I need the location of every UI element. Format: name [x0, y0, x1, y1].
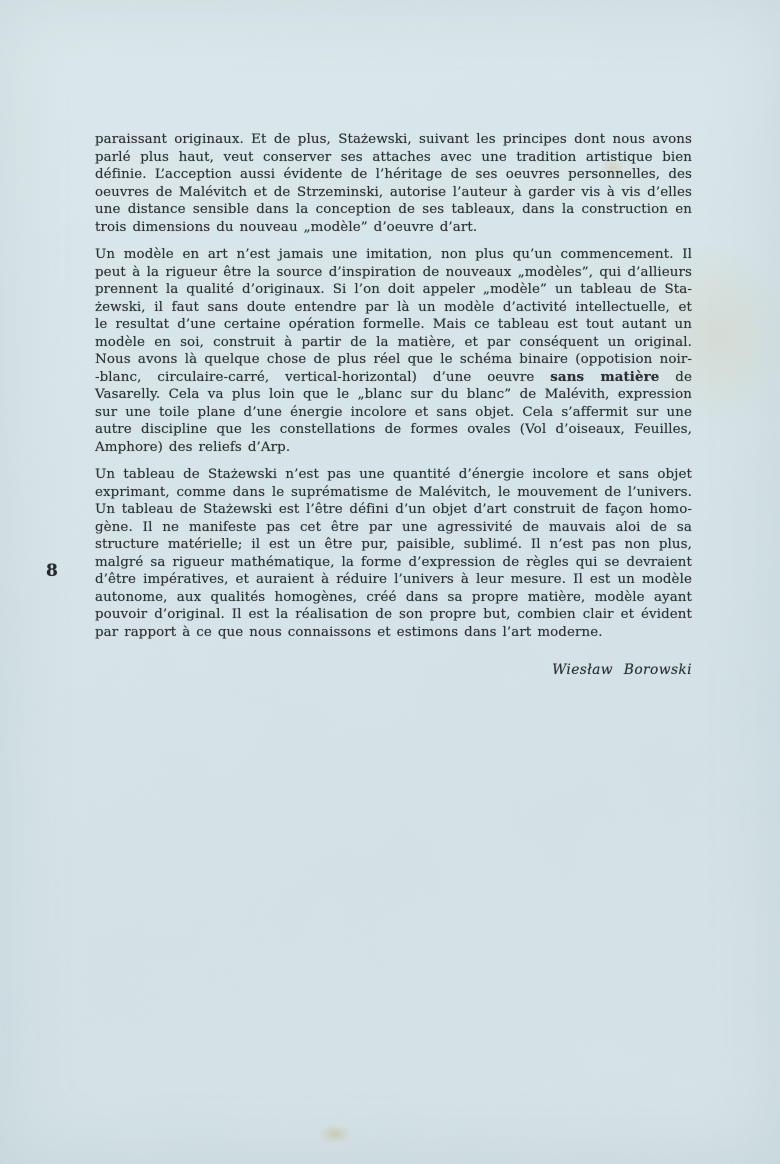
text-line: une distance sensible dans la conception… — [95, 201, 692, 219]
page-number: 8 — [46, 561, 58, 581]
text-line: żewski, il faut sans doute entendre par … — [95, 299, 692, 317]
text-line: définie. L’acception aussi évidente de l… — [95, 166, 692, 184]
text-line: Vasarelly. Cela va plus loin que le „bla… — [95, 386, 692, 404]
text-block: paraissant originaux. Et de plus, Stażew… — [95, 131, 692, 680]
text-line: exprimant, comme dans le suprématisme de… — [95, 484, 692, 502]
text-line: autonome, aux qualités homogènes, créé d… — [95, 589, 692, 607]
text-line: par rapport à ce que nous connaissons et… — [95, 624, 692, 642]
bold-text: sans matière — [550, 369, 659, 385]
text-line: gène. Il ne manifeste pas cet être par u… — [95, 519, 692, 537]
text-line: parlé plus haut, veut conserver ses atta… — [95, 149, 692, 167]
text-line: paraissant originaux. Et de plus, Stażew… — [95, 131, 692, 149]
text-line: peut à la rigueur être la source d’inspi… — [95, 264, 692, 282]
author-signature: Wiesław Borowski — [95, 662, 692, 680]
text-line: malgré sa rigueur mathématique, la forme… — [95, 554, 692, 572]
document-page: 8 paraissant originaux. Et de plus, Staż… — [0, 0, 780, 1164]
text-line: le resultat d’une certaine opération for… — [95, 316, 692, 334]
text-line: Un tableau de Stażewski est l’être défin… — [95, 501, 692, 519]
text-line: oeuvres de Malévitch et de Strzeminski, … — [95, 184, 692, 202]
text-line: structure matérielle; il est un être pur… — [95, 536, 692, 554]
text-line: prennent la qualité d’originaux. Si l’on… — [95, 281, 692, 299]
text-line: d’être impératives, et auraient à réduir… — [95, 571, 692, 589]
text-line: -blanc, circulaire-carré, vertical-horiz… — [95, 369, 692, 387]
text-line: autre discipline que les constellations … — [95, 421, 692, 439]
paper-stain — [318, 1124, 352, 1144]
paragraph: Un modèle en art n’est jamais une imitat… — [95, 246, 692, 456]
text-line: trois dimensions du nouveau „modèle” d’o… — [95, 219, 692, 237]
text-line: Nous avons là quelque chose de plus réel… — [95, 351, 692, 369]
paragraph: paraissant originaux. Et de plus, Stażew… — [95, 131, 692, 236]
text-line: Un tableau de Stażewski n’est pas une qu… — [95, 466, 692, 484]
paragraph: Un tableau de Stażewski n’est pas une qu… — [95, 466, 692, 641]
text-line: modèle en soi, construit à partir de la … — [95, 334, 692, 352]
text-run: de — [659, 370, 692, 385]
text-line: Un modèle en art n’est jamais une imitat… — [95, 246, 692, 264]
text-line: sur une toile plane d’une énergie incolo… — [95, 404, 692, 422]
text-run: -blanc, circulaire-carré, vertical-horiz… — [95, 370, 550, 385]
text-line: pouvoir d’original. Il est la réalisatio… — [95, 606, 692, 624]
text-line: Amphore) des reliefs d’Arp. — [95, 439, 692, 457]
